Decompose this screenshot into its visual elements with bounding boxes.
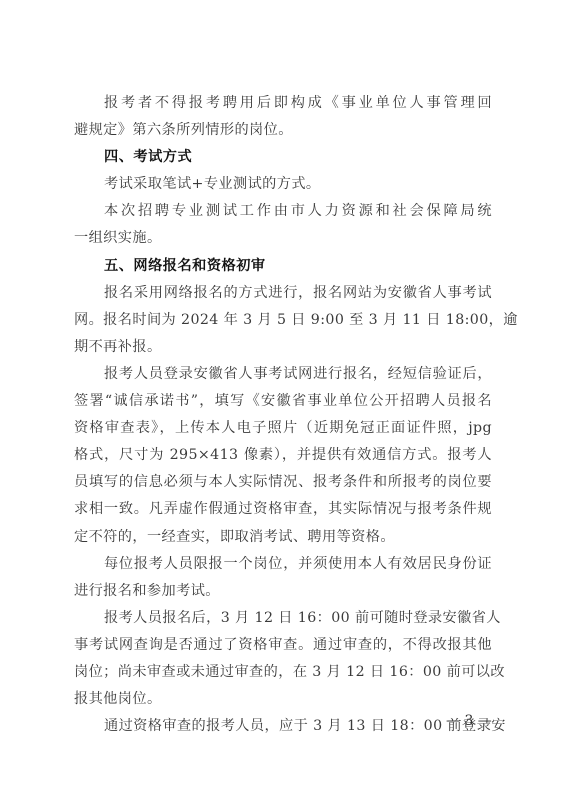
section-heading-online-registration: 五、网络报名和资格初审 xyxy=(74,253,492,280)
paragraph-line: 求相一致。凡弄虚作假通过资格审查，其实际情况与报考条件规 xyxy=(74,496,492,523)
section-heading-exam-method: 四、考试方式 xyxy=(74,144,492,171)
paragraph-line: 报考人员报名后，3 月 12 日 16：00 前可随时登录安徽省人 xyxy=(74,605,492,632)
paragraph-line: 事考试网查询是否通过了资格审查。通过审查的，不得改报其他 xyxy=(74,632,492,659)
paragraph-line: 避规定》第六条所列情形的岗位。 xyxy=(74,117,492,144)
paragraph-line: 资格审查表》，上传本人电子照片（近期免冠正面证件照，jpg xyxy=(74,415,492,442)
paragraph-line: 定不符的，一经查实，即取消考试、聘用等资格。 xyxy=(74,524,492,551)
paragraph-line: 员填写的信息必须与本人实际情况、报考条件和所报考的岗位要 xyxy=(74,469,492,496)
paragraph-line: 报考人员登录安徽省人事考试网进行报名，经短信验证后， xyxy=(74,361,492,388)
paragraph-line: 岗位；尚未审查或未通过审查的，在 3 月 12 日 16：00 前可以改 xyxy=(74,659,492,686)
paragraph-line: 格式，尺寸为 295×413 像素），并提供有效通信方式。报考人 xyxy=(74,442,492,469)
paragraph-line: 报考者不得报考聘用后即构成《事业单位人事管理回 xyxy=(74,90,492,117)
paragraph-line: 本次招聘专业测试工作由市人力资源和社会保障局统 xyxy=(74,198,492,225)
paragraph-line: 每位报考人员限报一个岗位，并须使用本人有效居民身份证 xyxy=(74,551,492,578)
document-page: 报考者不得报考聘用后即构成《事业单位人事管理回 避规定》第六条所列情形的岗位。 … xyxy=(0,0,568,803)
paragraph-line: 报其他岗位。 xyxy=(74,686,492,713)
paragraph-line: 网。报名时间为 2024 年 3 月 5 日 9:00 至 3 月 11 日 1… xyxy=(74,307,492,334)
paragraph-line: 进行报名和参加考试。 xyxy=(74,578,492,605)
page-number: — 3 — xyxy=(446,713,492,729)
paragraph-line: 签署“诚信承诺书”，填写《安徽省事业单位公开招聘人员报名 xyxy=(74,388,492,415)
paragraph-line: 一组织实施。 xyxy=(74,225,492,252)
document-body: 报考者不得报考聘用后即构成《事业单位人事管理回 避规定》第六条所列情形的岗位。 … xyxy=(74,90,492,740)
paragraph-line: 考试采取笔试+专业测试的方式。 xyxy=(74,171,492,198)
paragraph-line: 期不再补报。 xyxy=(74,334,492,361)
paragraph-line: 通过资格审查的报考人员，应于 3 月 13 日 18：00 前登录安 xyxy=(74,713,492,740)
paragraph-line: 报名采用网络报名的方式进行，报名网站为安徽省人事考试 xyxy=(74,280,492,307)
